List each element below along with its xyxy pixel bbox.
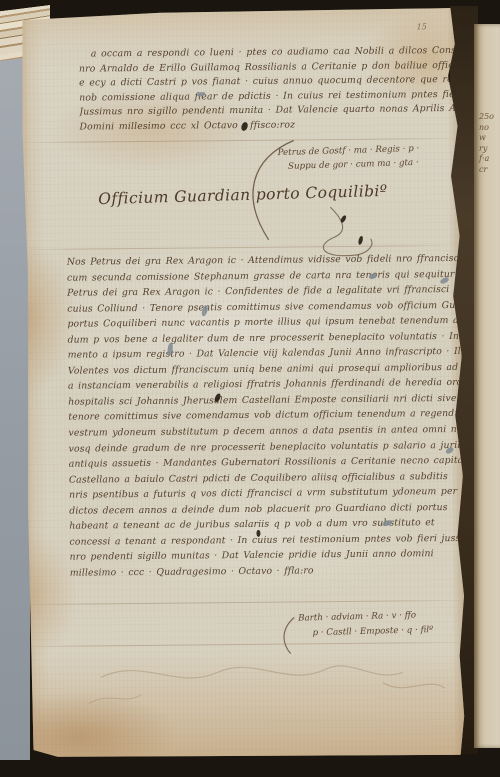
manuscript-line: Domini millesimo ccc xl Octavo · ffisco:… [79, 117, 461, 135]
page-seam [26, 600, 464, 605]
document-2-text: Nos Petrus dei gra Rex Aragon ic · Atten… [67, 251, 466, 581]
text-fragment: no [479, 123, 494, 134]
text-fragment: ry [479, 144, 494, 155]
ink-blot [256, 530, 260, 537]
text-fragment: 25o [479, 112, 494, 123]
document-1-text: a occam a respondi co lueni · ptes co au… [79, 44, 462, 135]
text-fragment: cr [479, 165, 494, 176]
chancery-note-1: Petrus de Gostf · ma · Regis · p ·Suppu … [277, 143, 419, 174]
text-fragment: f·a [479, 154, 494, 165]
text-fragment: w [479, 133, 494, 144]
adjacent-page: 25onowryf·acr [474, 24, 500, 748]
photo-backdrop: 25onowryf·acr 15 a occam a respondi co l… [0, 0, 500, 777]
adjacent-page-text: 25onowryf·acr [479, 112, 494, 175]
faint-scribbles [82, 636, 453, 724]
page-seam [23, 245, 461, 250]
manuscript-line: millesimo · ccc · Quadragesimo · Octavo … [70, 562, 466, 581]
folio-number: 15 [417, 22, 427, 31]
manuscript-page: 15 a occam a respondi co lueni · ptes co… [20, 8, 465, 759]
